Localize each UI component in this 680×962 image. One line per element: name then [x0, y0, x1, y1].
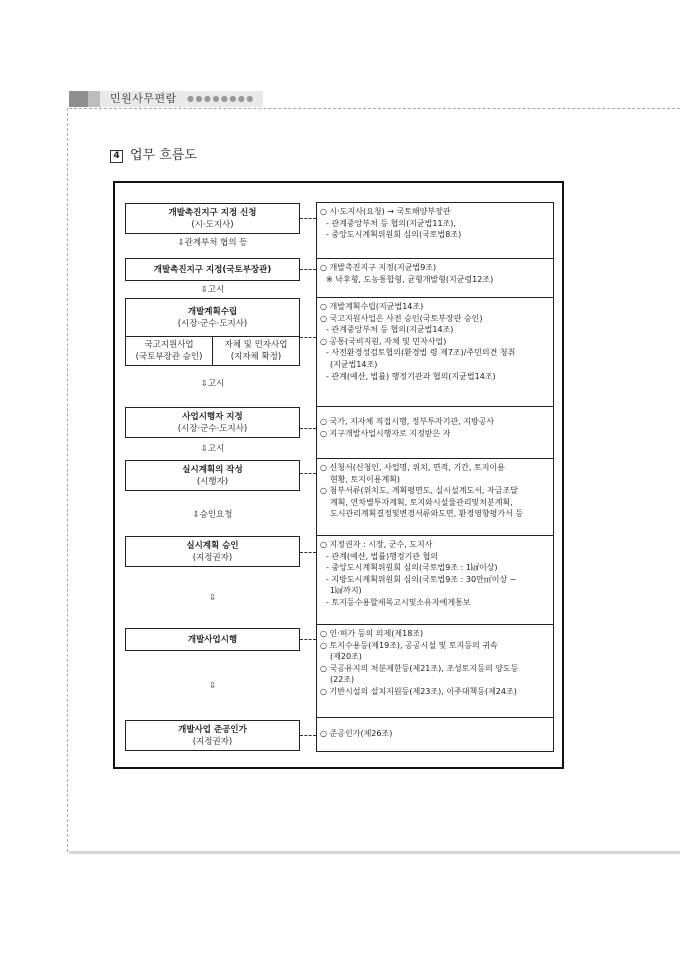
detail-line: 국공유지의 처분제한등(제21조), 조성토지등의 양도등	[320, 663, 550, 675]
detail-line: 토지수용등(제19조), 공공시설 및 토지등의 귀속	[320, 640, 550, 652]
detail-line: 국가, 지자체 직접시행, 정부투자기관, 지방공사	[320, 416, 550, 428]
detail-line: 개발계획수립(지균법14조)	[320, 301, 550, 313]
detail-line: 현황, 토지이용계획)	[320, 474, 550, 486]
detail-line: - 중앙도시계획위원회 심의(국토법9조 : 1㎢이상)	[320, 562, 550, 574]
step-subtitle: (시·도지사)	[191, 219, 233, 231]
flow-step-8: 개발사업 준공인가 (지정권자)	[125, 720, 300, 751]
detail-section-2: 개발촉진지구 지정(지균법9조) ※ 낙후형, 도농통합형, 균형개발형(지균령…	[316, 258, 554, 297]
detail-section-5: 신청서(신청인, 사업명, 위치, 면적, 기간, 토지이용 현황, 토지이용계…	[316, 458, 554, 535]
connector-3	[300, 337, 316, 338]
detail-line: 신청서(신청인, 사업명, 위치, 면적, 기간, 토지이용	[320, 462, 550, 474]
detail-line: (제20조)	[320, 651, 550, 663]
detail-line: - 관계(예산, 법률)행정기관 협의	[320, 551, 550, 563]
detail-line: (지균법14조)	[320, 359, 550, 371]
detail-section-6: 지정권자 : 시장, 군수, 도지사 - 관계(예산, 법률)행정기관 협의 -…	[316, 535, 554, 624]
split-title: 국고지원사업	[144, 339, 193, 351]
step-title: 개발촉진지구 지정 신청	[168, 207, 256, 219]
flow-step-5: 실시계획의 작성 (시행자)	[125, 460, 300, 491]
flow-step-2: 개발촉진지구 지정(국토부장관)	[125, 258, 300, 281]
section-title-text: 업무 흐름도	[130, 148, 197, 163]
book-title: 민원사무편람	[110, 91, 177, 107]
step-subtitle: (시장·군수·도지사)	[178, 318, 248, 330]
step-subtitle: (시장·군수·도지사)	[178, 423, 248, 435]
step-title: 개발촉진지구 지정(국토부장관)	[154, 264, 271, 276]
flow-arrow-1: ⇩관계부처 협의 등	[125, 237, 300, 249]
detail-line: - 관계(예산, 법률) 행정기관과 협의(지균법14조)	[320, 371, 550, 383]
connector-4	[300, 428, 316, 429]
step-title: 개발계획수립	[188, 306, 237, 318]
flow-step-3: 개발계획수립 (시장·군수·도지사)	[125, 298, 300, 337]
detail-line: 국고지원사업은 사전 승인(국토부장관 승인)	[320, 313, 550, 325]
header-dashed-divider	[69, 108, 680, 109]
step-subtitle: (지정권자)	[193, 736, 232, 748]
detail-line: 1㎢까지)	[320, 585, 550, 597]
left-dashed-margin	[67, 108, 68, 852]
detail-line: (22조)	[320, 674, 550, 686]
connector-1	[300, 218, 316, 219]
detail-line: ※ 낙후형, 도농통합형, 균형개발형(지균령12조)	[320, 274, 550, 286]
split-subtitle: (국토부장관 승인)	[136, 351, 203, 363]
detail-line: 도시관리계획결정및변경서류와도면, 환경영향평가서 등	[320, 508, 550, 520]
detail-line: - 관계중앙부처 등 협의(지균법11조),	[320, 218, 550, 230]
header-light-block	[88, 91, 100, 107]
detail-section-4: 국가, 지자체 직접시행, 정부투자기관, 지방공사 지구개발사업시행자로 지정…	[316, 406, 554, 458]
header-dots: ●●●●●●●●	[187, 91, 255, 107]
split-title: 자체 및 민자사업	[225, 339, 288, 351]
detail-section-3: 개발계획수립(지균법14조) 국고지원사업은 사전 승인(국토부장관 승인) -…	[316, 297, 554, 406]
flow-step-1: 개발촉진지구 지정 신청 (시·도지사)	[125, 203, 300, 234]
detail-section-8: 준공인가(제26조)	[316, 717, 554, 752]
section-number-badge: 4	[110, 150, 123, 163]
split-local-private-project: 자체 및 민자사업 (지자체 확정)	[212, 336, 299, 365]
detail-line: 준공인가(제26조)	[320, 728, 550, 740]
connector-5	[300, 473, 316, 474]
flow-step-3-split: 국고지원사업 (국토부장관 승인) 자체 및 민자사업 (지자체 확정)	[125, 336, 300, 366]
page-bottom-rule	[69, 851, 680, 854]
connector-2	[300, 269, 316, 270]
flow-arrow-2: ⇩고시	[125, 284, 300, 296]
flow-step-6: 실시계획 승인 (지정권자)	[125, 536, 300, 567]
flow-arrow-7: ⇩	[125, 680, 300, 692]
detail-line: - 관계중앙부처 등 협의(지균법14조)	[320, 324, 550, 336]
detail-line: 지구개발사업시행자로 지정받은 자	[320, 428, 550, 440]
connector-6	[300, 552, 316, 553]
connector-7	[300, 639, 316, 640]
flow-arrow-3: ⇩고시	[125, 378, 300, 390]
detail-line: - 사전환경성검토협의(환경법 령 제7조)/주민의견 청취	[320, 347, 550, 359]
flow-step-7: 개발사업시행	[125, 628, 300, 651]
step-title: 실시계획의 작성	[182, 464, 242, 476]
detail-line: 인·허가 등의 의제(제18조)	[320, 628, 550, 640]
split-subtitle: (지자체 확정)	[231, 351, 281, 363]
step-title: 실시계획 승인	[186, 540, 238, 552]
flow-arrow-5: ⇩승인요청	[125, 509, 300, 521]
flow-step-4: 사업시행자 지정 (시장·군수·도지사)	[125, 407, 300, 438]
step-title: 개발사업시행	[188, 634, 237, 646]
detail-line: - 지방도시계획위원회 심의(국토법9조 : 30만㎡이상 ~	[320, 574, 550, 586]
header-dark-block	[69, 91, 88, 107]
connector-8	[300, 735, 316, 736]
detail-line: 기반시설의 설치지원등(제23조), 이주대책등(제24조)	[320, 686, 550, 698]
step-title: 사업시행자 지정	[182, 411, 242, 423]
flow-arrow-4: ⇩고시	[125, 443, 300, 455]
step-title: 개발사업 준공인가	[178, 724, 247, 736]
flow-arrow-6: ⇩	[125, 592, 300, 604]
split-national-project: 국고지원사업 (국토부장관 승인)	[126, 336, 212, 365]
detail-line: 지정권자 : 시장, 군수, 도지사	[320, 539, 550, 551]
detail-section-1: 시·도지사(요청) → 국토해양부장관 - 관계중앙부처 등 협의(지균법11조…	[316, 203, 554, 258]
detail-line: 공통(국비지원, 자체 및 민자사업)	[320, 336, 550, 348]
detail-line: - 중앙도시계획위원회 심의(국토법8조)	[320, 229, 550, 241]
detail-line: - 토지등수용할세목고시및소유자에게통보	[320, 597, 550, 609]
detail-section-7: 인·허가 등의 의제(제18조) 토지수용등(제19조), 공공시설 및 토지등…	[316, 624, 554, 717]
detail-line: 개발촉진지구 지정(지균법9조)	[320, 262, 550, 274]
step-subtitle: (지정권자)	[193, 552, 232, 564]
detail-line: 첨부서류(위치도, 계획평면도, 실시설계도서, 자금조달	[320, 485, 550, 497]
step-subtitle: (시행자)	[197, 476, 228, 488]
section-title: 4업무 흐름도	[110, 148, 197, 164]
detail-line: 시·도지사(요청) → 국토해양부장관	[320, 206, 550, 218]
detail-line: 계획, 연차별투자계획, 토지와시설물관리및처분계획,	[320, 497, 550, 509]
